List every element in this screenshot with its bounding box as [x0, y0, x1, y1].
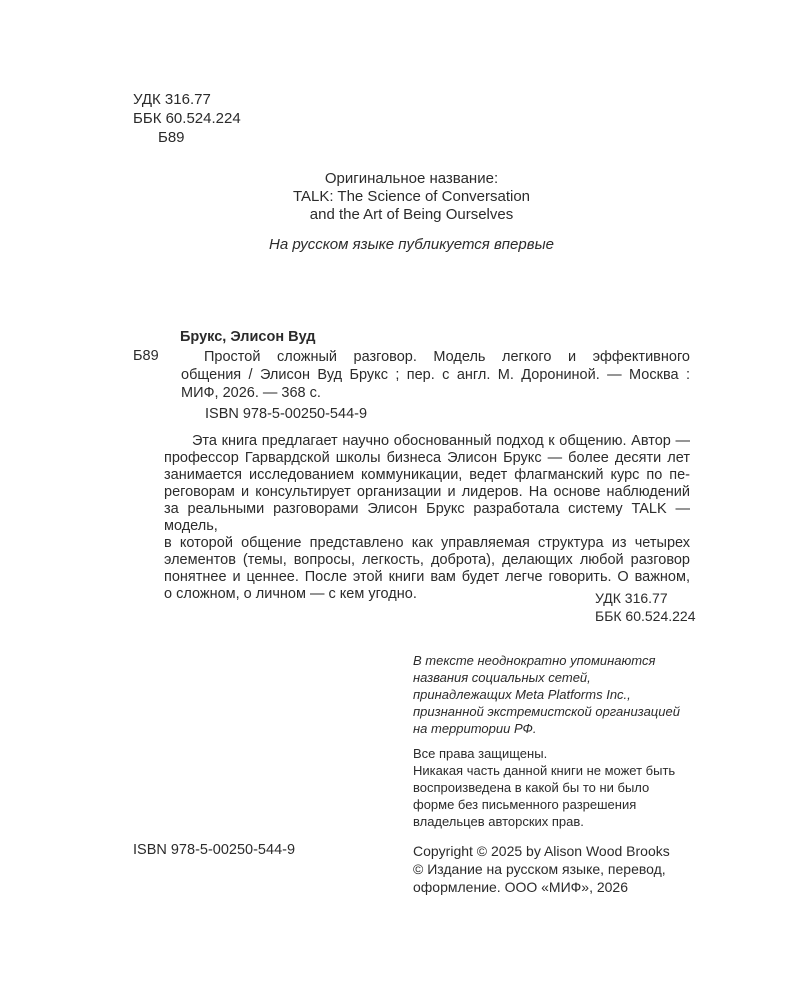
repeated-cataloguing-codes: УДК 316.77 ББК 60.524.224 [595, 590, 696, 625]
copyright-notice: Copyright © 2025 by Alison Wood Brooks ©… [413, 842, 700, 896]
annotation-line: понятнее и ценнее. После этой книги вам … [164, 569, 690, 586]
original-title-line2: and the Art of Being Ourselves [133, 206, 690, 224]
annotation-line: занимается исследованием коммуникации, в… [164, 467, 690, 484]
copyright-line: © Издание на русском языке, перевод, [413, 860, 700, 878]
rights-line: Все права защищены. [413, 745, 703, 762]
rights-line: воспроизведена в какой бы то ни было [413, 779, 703, 796]
original-title-label: Оригинальное название: [133, 170, 690, 188]
rights-line: форме без письменного разрешения [413, 796, 703, 813]
rights-line: владельцев авторских прав. [413, 813, 703, 830]
udk-code-repeat: УДК 316.77 [595, 590, 696, 608]
bbk-code: ББК 60.524.224 [133, 109, 241, 128]
meta-disclaimer-line: на территории РФ. [413, 720, 703, 737]
meta-disclaimer: В тексте неоднократно упоминаются назван… [413, 652, 703, 737]
udk-code: УДК 316.77 [133, 90, 241, 109]
description-line: общения / Элисон Вуд Брукс ; пер. с англ… [181, 366, 690, 384]
rights-reserved-notice: Все права защищены. Никакая часть данной… [413, 745, 703, 830]
annotation-line: реговорам и консультирует организации и … [164, 484, 690, 501]
description-line: МИФ, 2026. — 368 с. [181, 384, 690, 402]
bibliographic-description: Простой сложный разговор. Модель легкого… [181, 348, 690, 402]
bbk-code-repeat: ББК 60.524.224 [595, 608, 696, 626]
annotation-line: Эта книга предлагает научно обоснованный… [164, 433, 690, 450]
annotation-line: профессор Гарвардской школы бизнеса Элис… [164, 450, 690, 467]
annotation-line: за реальными разговорами Элисон Брукс ра… [164, 501, 690, 535]
meta-disclaimer-line: В тексте неоднократно упоминаются [413, 652, 703, 669]
top-cataloguing-codes: УДК 316.77 ББК 60.524.224 Б89 [133, 90, 241, 147]
annotation-line: элементов (темы, вопросы, легкость, добр… [164, 552, 690, 569]
meta-disclaimer-line: названия социальных сетей, [413, 669, 703, 686]
copyright-line: Copyright © 2025 by Alison Wood Brooks [413, 842, 700, 860]
author-sign-code: Б89 [133, 128, 241, 147]
annotation-line: в которой общение представлено как управ… [164, 535, 690, 552]
annotation-paragraph: Эта книга предлагает научно обоснованный… [164, 433, 690, 603]
author-heading: Брукс, Элисон Вуд [180, 329, 316, 345]
meta-disclaimer-line: признанной экстремистской организацией [413, 703, 703, 720]
original-title-block: Оригинальное название: TALK: The Science… [133, 170, 690, 254]
description-line: Простой сложный разговор. Модель легкого… [181, 348, 690, 366]
copyright-line: оформление. ООО «МИФ», 2026 [413, 878, 700, 896]
card-author-sign: Б89 [133, 348, 159, 364]
rights-line: Никакая часть данной книги не может быть [413, 762, 703, 779]
original-title-line1: TALK: The Science of Conversation [133, 188, 690, 206]
book-imprint-page: УДК 316.77 ББК 60.524.224 Б89 Оригинальн… [0, 0, 800, 1000]
meta-disclaimer-line: принадлежащих Meta Platforms Inc., [413, 686, 703, 703]
isbn-footer: ISBN 978-5-00250-544-9 [133, 842, 295, 858]
first-publication-note: На русском языке публикуется впервые [133, 236, 690, 254]
isbn-catalog: ISBN 978-5-00250-544-9 [205, 406, 367, 422]
